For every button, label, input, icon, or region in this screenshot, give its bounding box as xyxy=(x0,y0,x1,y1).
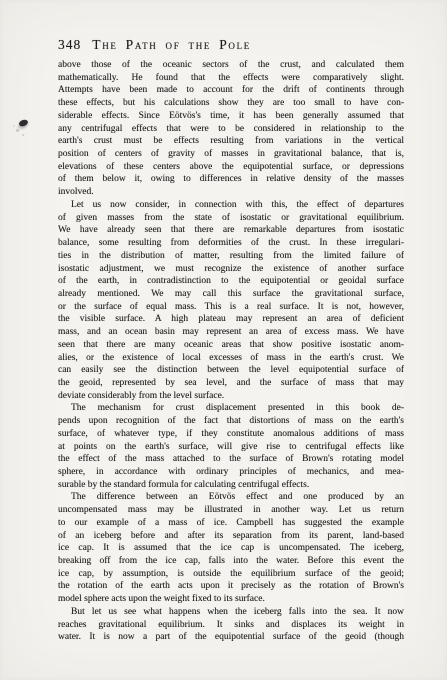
page-number: 348 xyxy=(58,37,81,52)
text-line: alies, or the existence of local excesse… xyxy=(58,352,404,365)
text-line: reaches gravitational equilibrium. It si… xyxy=(58,619,404,632)
text-line: model sphere acts upon the weight fixed … xyxy=(58,593,404,606)
text-line: to our example of a mass of ice. Campbel… xyxy=(58,517,404,530)
text-line: above those of the oceanic sectors of th… xyxy=(58,59,404,72)
text-line: of given masses from the state of isosta… xyxy=(58,212,404,225)
text-line: the geoid, represented by sea level, and… xyxy=(58,377,404,390)
ink-smudge xyxy=(18,119,28,127)
running-title: The Path of the Pole xyxy=(92,37,251,52)
text-line: any centrifugal effects that were to be … xyxy=(58,123,404,136)
text-line: The mechanism for crust displacement pre… xyxy=(58,402,404,415)
text-line: balance, some resulting from deformities… xyxy=(58,237,404,250)
text-line: ice cap. It is assumed that the ice cap … xyxy=(58,542,404,555)
text-line: elevations of these centers above the eq… xyxy=(58,161,404,174)
running-header: 348The Path of the Pole xyxy=(58,36,251,54)
text-line: isostatic adjustment, we must recognize … xyxy=(58,263,404,276)
text-line: ice cap, by assumption, is outside the e… xyxy=(58,568,404,581)
text-line: sphere, in accordance with ordinary prin… xyxy=(58,466,404,479)
text-line: Let us now consider, in connection with … xyxy=(58,199,404,212)
scan-speckle xyxy=(22,134,24,136)
text-line: of them below it, owing to differences i… xyxy=(58,173,404,186)
text-line: ties in the distribution of matter, resu… xyxy=(58,250,404,263)
text-line: mathematically. He found that the effect… xyxy=(58,72,404,85)
scan-speckle xyxy=(13,125,15,127)
text-line: of the earth, in contradistinction to th… xyxy=(58,275,404,288)
text-line: the effect of the mass attached to the s… xyxy=(58,453,404,466)
text-line: Attempts have been made to account for t… xyxy=(58,84,404,97)
book-page: 348The Path of the Pole above those of t… xyxy=(0,0,447,680)
text-line: at points on the earth's surface, will g… xyxy=(58,441,404,454)
text-line: deviate considerably from the level surf… xyxy=(58,390,404,403)
text-line: already mentioned. We may call this surf… xyxy=(58,288,404,301)
text-line: of an iceberg before and after its separ… xyxy=(58,530,404,543)
text-line: these effects, but his calculations show… xyxy=(58,97,404,110)
text-line: But let us see what happens when the ice… xyxy=(58,606,404,619)
text-line: siderable effects. Since Eötvös's time, … xyxy=(58,110,404,123)
text-line: involved. xyxy=(58,186,404,199)
text-line: We have already seen that there are rema… xyxy=(58,224,404,237)
text-line: breaking off from the ice cap, falls int… xyxy=(58,555,404,568)
text-line: can easily see the distinction between t… xyxy=(58,364,404,377)
text-line: mass, and an ocean basin may represent a… xyxy=(58,326,404,339)
text-line: or the surface of equal mass. This is a … xyxy=(58,301,404,314)
text-line: water. It is now a part of the equipoten… xyxy=(58,631,404,644)
text-line: the rotation of the earth acts upon it p… xyxy=(58,580,404,593)
text-line: pends upon recognition of the fact that … xyxy=(58,415,404,428)
text-line: earth's crust must be effects resulting … xyxy=(58,135,404,148)
body-text: above those of the oceanic sectors of th… xyxy=(58,59,404,644)
scan-speckle xyxy=(16,129,19,132)
text-line: surable by the standard formula for calc… xyxy=(58,479,404,492)
text-line: seen that there are many oceanic areas t… xyxy=(58,339,404,352)
text-line: The difference between an Eötvös effect … xyxy=(58,491,404,504)
text-line: surface, of whatever type, if they const… xyxy=(58,428,404,441)
text-line: the visible surface. A high plateau may … xyxy=(58,313,404,326)
text-line: position of centers of gravity of masses… xyxy=(58,148,404,161)
text-line: uncompensated mass may be illustrated in… xyxy=(58,504,404,517)
